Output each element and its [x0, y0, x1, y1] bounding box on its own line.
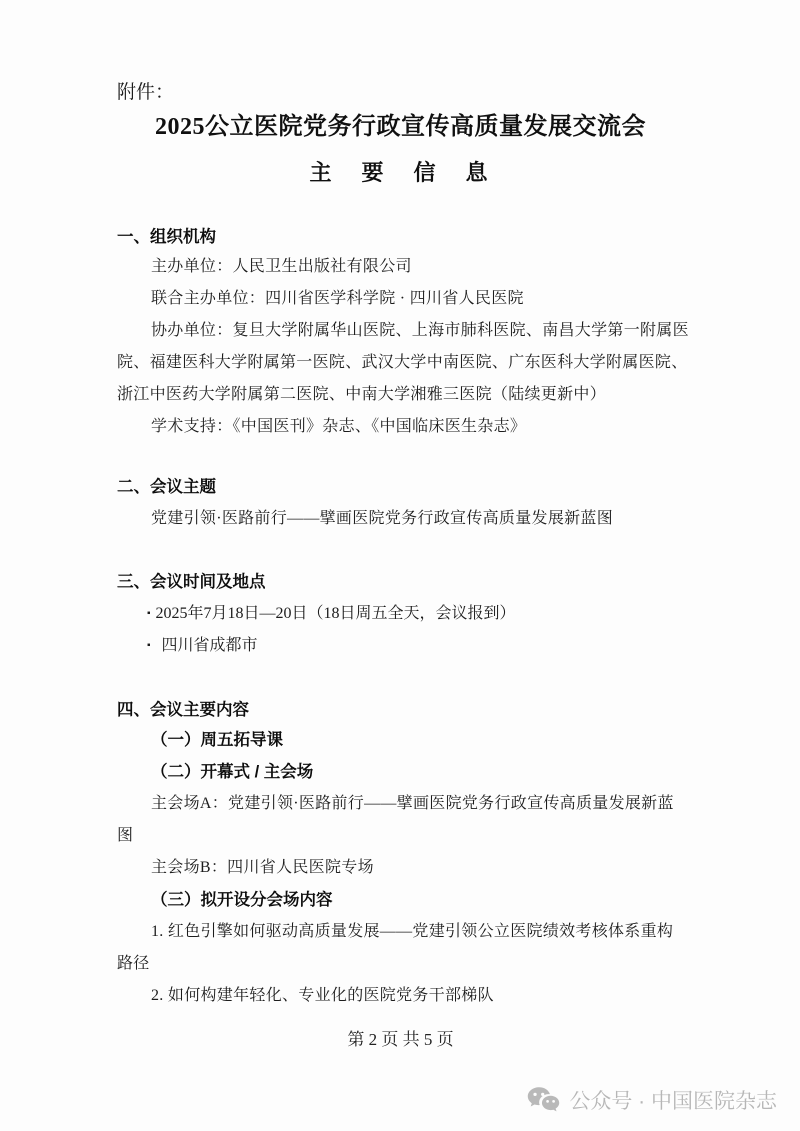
academic-support-line: 学术支持：《中国医刊》杂志、《中国临床医生杂志》 — [117, 411, 684, 443]
wechat-icon — [527, 1086, 560, 1114]
co-organizer-line: 院、福建医科大学附属第一医院、武汉大学中南医院、广东医科大学附属医院、 — [117, 347, 684, 379]
subsection-2-heading: （二）开幕式 / 主会场 — [117, 756, 684, 788]
topic-1-line: 路径 — [117, 948, 684, 980]
section-3-heading: 三、会议时间及地点 — [117, 568, 684, 596]
venue-b-line: 主会场B：四川省人民医院专场 — [117, 852, 684, 884]
section-2-heading: 二、会议主题 — [117, 473, 684, 501]
venue-a-line: 主会场A：党建引领·医路前行——擘画医院党务行政宣传高质量发展新蓝 — [117, 788, 684, 820]
document-title: 2025公立医院党务行政宣传高质量发展交流会 — [117, 109, 684, 145]
bullet-icon: ▪ — [147, 608, 151, 619]
subsection-3-heading: （三）拟开设分会场内容 — [117, 884, 684, 916]
section-3-body: ▪2025年7月18日—20日（18日周五全天，会议报到） ▪四川省成都市 — [117, 598, 684, 662]
location-bullet-line: ▪四川省成都市 — [117, 630, 684, 662]
conference-theme-line: 党建引领·医路前行——擘画医院党务行政宣传高质量发展新蓝图 — [117, 503, 684, 535]
bullet-icon: ▪ — [147, 640, 151, 651]
section-4-heading: 四、会议主要内容 — [117, 696, 684, 724]
page-number-indicator: 第 2 页 共 5 页 — [117, 1026, 684, 1054]
co-host-line: 联合主办单位：四川省医学科学院 · 四川省人民医院 — [117, 283, 684, 315]
location-text: 四川省成都市 — [162, 637, 258, 654]
document-content: 附件： 2025公立医院党务行政宣传高质量发展交流会 主 要 信 息 一、组织机… — [117, 0, 684, 1054]
venue-a-line: 图 — [117, 820, 684, 852]
host-line: 主办单位：人民卫生出版社有限公司 — [117, 251, 684, 283]
date-bullet-line: ▪2025年7月18日—20日（18日周五全天，会议报到） — [117, 598, 684, 630]
section-1-heading: 一、组织机构 — [117, 223, 684, 251]
co-organizer-line: 协办单位：复旦大学附属华山医院、上海市肺科医院、南昌大学第一附属医 — [117, 315, 684, 347]
co-organizer-line: 浙江中医药大学附属第二医院、中南大学湘雅三医院（陆续更新中） — [117, 379, 684, 411]
topic-1-line: 1. 红色引擎如何驱动高质量发展——党建引领公立医院绩效考核体系重构 — [117, 916, 684, 948]
section-4-body: （一）周五拓导课 （二）开幕式 / 主会场 主会场A：党建引领·医路前行——擘画… — [117, 724, 684, 1012]
attachment-label: 附件： — [117, 80, 684, 106]
document-subtitle: 主 要 信 息 — [117, 157, 684, 189]
watermark: 公众号 · 中国医院杂志 — [527, 1085, 777, 1115]
topic-2-line: 2. 如何构建年轻化、专业化的医院党务干部梯队 — [117, 980, 684, 1012]
section-1-body: 主办单位：人民卫生出版社有限公司 联合主办单位：四川省医学科学院 · 四川省人民… — [117, 251, 684, 443]
watermark-text: 公众号 · 中国医院杂志 — [569, 1085, 777, 1115]
document-page: 附件： 2025公立医院党务行政宣传高质量发展交流会 主 要 信 息 一、组织机… — [0, 0, 800, 1131]
date-text: 2025年7月18日—20日（18日周五全天，会议报到） — [156, 605, 516, 622]
subsection-1-heading: （一）周五拓导课 — [117, 724, 684, 756]
